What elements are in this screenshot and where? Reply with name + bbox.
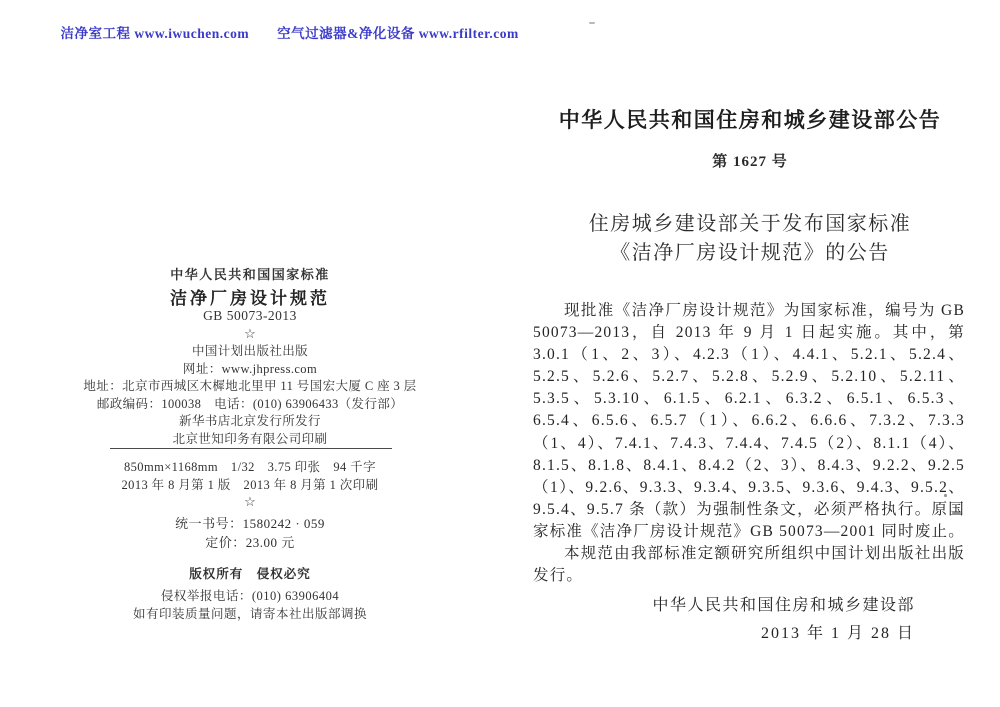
book-title: 洁净厂房设计规范 <box>0 284 500 309</box>
scan-speck <box>589 22 595 24</box>
colophon-page: 中华人民共和国国家标准 洁净厂房设计规范 GB 50073-2013 ☆ 中国计… <box>0 0 500 707</box>
scan-speck <box>952 512 961 514</box>
piracy-report-phone: 侵权举报电话：(010) 63906404 <box>0 586 500 604</box>
copyright-notice: 版权所有 侵权必究 <box>0 564 500 582</box>
unified-book-number: 统一书号：1580242 · 059 <box>0 513 500 532</box>
subtitle-line-1: 住房城乡建设部关于发布国家标准 <box>500 210 1000 239</box>
quality-exchange-note: 如有印装质量问题，请寄本社出版部调换 <box>0 604 500 622</box>
star-ornament-top: ☆ <box>0 326 500 342</box>
body-paragraph-1: 现批准《洁净厂房设计规范》为国家标准，编号为 GB 50073—2013，自 2… <box>533 300 965 543</box>
signature-issuer: 中华人民共和国住房和城乡建设部 <box>652 594 915 618</box>
publisher-website: 网址：www.jhpress.com <box>0 361 500 379</box>
national-standard-label: 中华人民共和国国家标准 <box>0 264 500 283</box>
edition-line: 2013 年 8 月第 1 版 2013 年 8 月第 1 次印刷 <box>0 476 500 494</box>
publisher-postcode-phone: 邮政编码：100038 电话：(010) 63906433（发行部） <box>0 396 500 414</box>
announcement-subtitle: 住房城乡建设部关于发布国家标准 《洁净厂房设计规范》的公告 <box>500 210 1000 268</box>
body-paragraph-2: 本规范由我部标准定额研究所组织中国计划出版社出版发行。 <box>533 543 965 587</box>
subtitle-line-2: 《洁净厂房设计规范》的公告 <box>500 239 1000 268</box>
publisher-address: 地址：北京市西城区木樨地北里甲 11 号国宏大厦 C 座 3 层 <box>0 378 500 396</box>
printing-spec-line: 850mm×1168mm 1/32 3.75 印张 94 千字 <box>0 458 500 476</box>
colophon-divider-rule <box>110 448 392 449</box>
announcement-title: 中华人民共和国住房和城乡建设部公告 <box>500 104 1000 134</box>
publisher-line: 中国计划出版社出版 <box>0 343 500 361</box>
announcement-page: 中华人民共和国住房和城乡建设部公告 第 1627 号 住房城乡建设部关于发布国家… <box>500 0 1000 707</box>
announcement-number: 第 1627 号 <box>500 150 1000 171</box>
printer-line: 北京世知印务有限公司印刷 <box>0 431 500 449</box>
printing-spec-block: 850mm×1168mm 1/32 3.75 印张 94 千字 2013 年 8… <box>0 458 500 494</box>
scanned-book-spread: 洁净室工程 www.iwuchen.com 空气过滤器&净化设备 www.rfi… <box>0 0 1000 707</box>
scan-speck <box>944 494 947 497</box>
announcement-body: 现批准《洁净厂房设计规范》为国家标准，编号为 GB 50073—2013，自 2… <box>533 300 965 587</box>
star-ornament-bottom: ☆ <box>0 494 500 510</box>
signature-block: 中华人民共和国住房和城乡建设部 2013 年 1 月 28 日 <box>652 594 915 646</box>
publisher-block: 中国计划出版社出版 网址：www.jhpress.com 地址：北京市西城区木樨… <box>0 343 500 449</box>
standard-code: GB 50073-2013 <box>0 308 500 324</box>
signature-date: 2013 年 1 月 28 日 <box>652 622 915 646</box>
distributor-line: 新华书店北京发行所发行 <box>0 413 500 431</box>
price-line: 定价：23.00 元 <box>0 532 500 551</box>
